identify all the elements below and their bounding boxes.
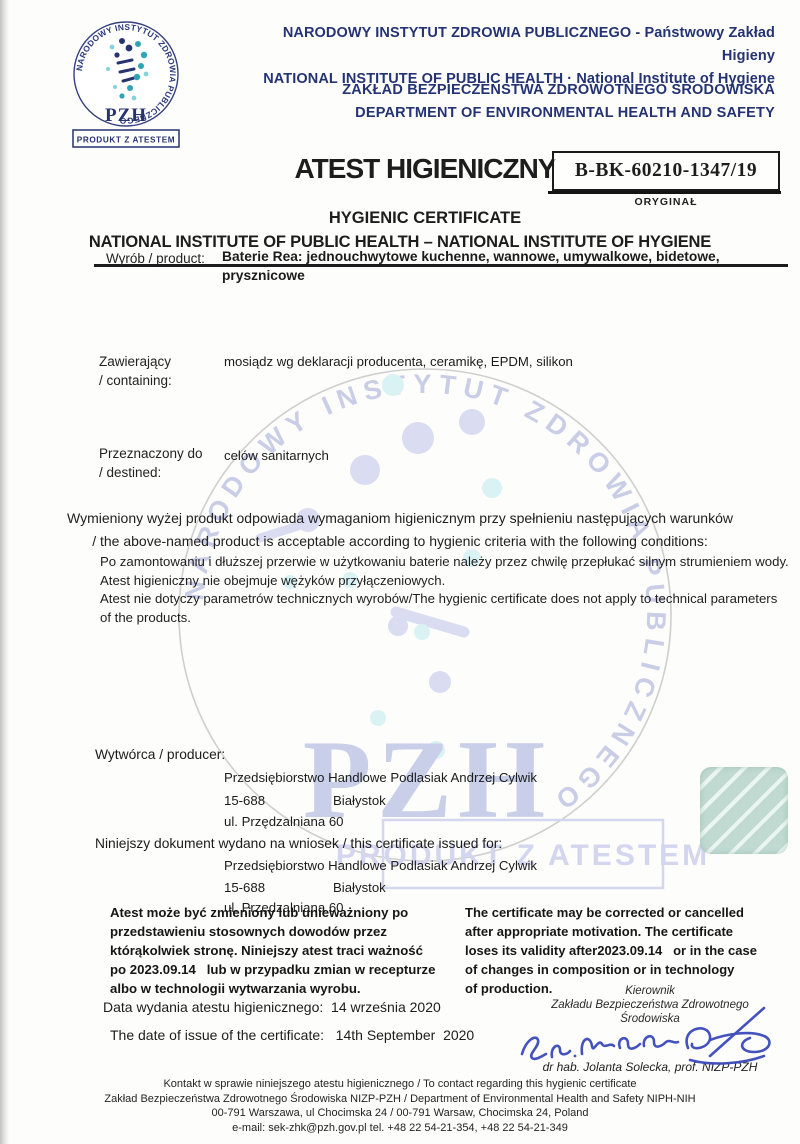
containing-value: mosiądz wg deklaracji producenta, cerami…: [224, 352, 573, 371]
footer-line-2: Zakład Bezpieczeństwa Zdrowotnego Środow…: [0, 1092, 800, 1107]
certificate-title-en: HYGIENIC CERTIFICATE: [275, 209, 575, 228]
issued-for-name: Przedsiębiorstwo Handlowe Podlasiak Andr…: [224, 856, 537, 875]
conditions-intro-en: / the above-named product is acceptable …: [0, 533, 800, 549]
destined-value: celów sanitarnych: [224, 446, 329, 465]
issued-for-postal-code: 15-688: [224, 878, 265, 897]
issue-date-en: The date of issue of the certificate: 14…: [110, 1027, 474, 1043]
validity-paragraph-pl: Atest może być zmieniony lub unieważnion…: [110, 903, 435, 998]
hologram-sticker: [700, 767, 788, 854]
producer-postal-code: 15-688: [224, 791, 265, 810]
signature-scribble: [512, 1004, 784, 1076]
producer-city: Białystok: [333, 791, 386, 810]
producer-label: Wytwórca / producer:: [95, 745, 225, 764]
destined-label: Przeznaczony do / destined:: [99, 444, 203, 482]
cert-number-box: B-BK-60210-1347/19: [552, 151, 780, 191]
footer-contact: Kontakt w sprawie niniejszego atestu hig…: [0, 1077, 800, 1135]
containing-label: Zawierający / containing:: [99, 352, 172, 390]
logo-badge-text: PRODUKT Z ATESTEM: [77, 136, 175, 145]
issue-date-pl: Data wydania atestu higienicznego: 14 wr…: [103, 999, 441, 1015]
footer-line-4: e-mail: sek-zhk@pzh.gov.pl tel. +48 22 5…: [0, 1121, 800, 1136]
header-dept-en: DEPARTMENT OF ENVIRONMENTAL HEALTH AND S…: [330, 102, 775, 125]
conditions-details: Po zamontowaniu i dłuższej przerwie w uż…: [100, 553, 789, 627]
product-label: Wyrób / product:: [106, 249, 205, 268]
scan-edge-shadow: [0, 0, 9, 1144]
header-org-pl: NARODOWY INSTYTUT ZDROWIA PUBLICZNEGO - …: [230, 22, 775, 68]
cert-number-underline: [548, 191, 781, 194]
header-department-names: ZAKŁAD BEZPIECZEŃSTWA ZDROWOTNEGO ŚRODOW…: [330, 79, 775, 125]
footer-line-1: Kontakt w sprawie niniejszego atestu hig…: [0, 1077, 800, 1092]
issued-for-label: Niniejszy dokument wydano na wniosek / t…: [95, 834, 502, 853]
conditions-intro-pl: Wymieniony wyżej produkt odpowiada wymag…: [0, 510, 800, 526]
issued-for-city: Białystok: [333, 878, 386, 897]
original-label: ORYGINAŁ: [552, 196, 780, 208]
certificate-page: NARODOWY INSTYTUT ZDROWIA PUBLICZNEGO PZ…: [0, 0, 800, 1144]
cert-number: B-BK-60210-1347/19: [575, 160, 757, 182]
product-value: Baterie Rea: jednouchwytowe kuchenne, wa…: [222, 247, 720, 285]
pzh-logo: NARODOWY INSTYTUT ZDROWIA PUBLICZNEGO PZ…: [60, 11, 192, 151]
header-dept-pl: ZAKŁAD BEZPIECZEŃSTWA ZDROWOTNEGO ŚRODOW…: [330, 79, 775, 102]
producer-name: Przedsiębiorstwo Handlowe Podlasiak Andr…: [224, 768, 537, 787]
producer-street: ul. Przędzalniana 60: [224, 812, 344, 831]
certificate-title-pl: ATEST HIGIENICZNY: [275, 153, 575, 185]
logo-acronym: PZH: [105, 105, 147, 126]
footer-line-3: 00-791 Warszawa, ul Chocimska 24 / 00-79…: [0, 1106, 800, 1121]
